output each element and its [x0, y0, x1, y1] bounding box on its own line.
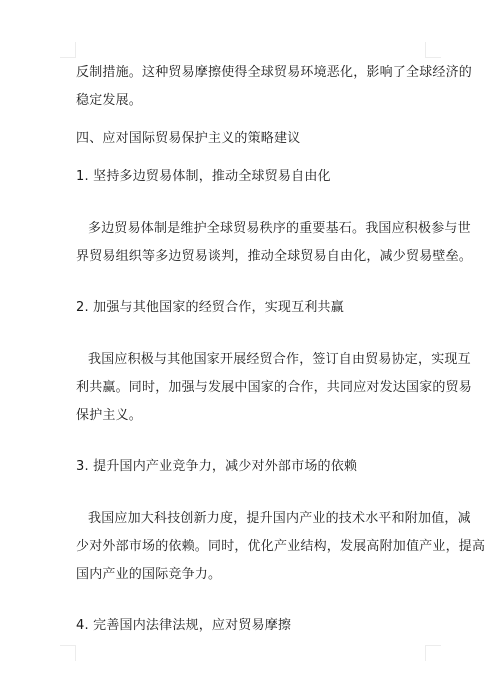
paragraph-line: 保护主义。 — [76, 408, 142, 424]
paragraph-line: 我国应加大科技创新力度，提升国内产业的技术水平和附加值，减 — [88, 511, 471, 527]
paragraph-line: 多边贸易体制是维护全球贸易秩序的重要基石。我国应积极参与世 — [88, 221, 471, 237]
subheading: 4. 完善国内法律法规，应对贸易摩擦 — [76, 618, 291, 634]
subheading: 3. 提升国内产业竞争力，减少对外部市场的依赖 — [76, 459, 357, 475]
paragraph-line: 少对外部市场的依赖。同时，优化产业结构，发展高附加值产业，提高 — [76, 539, 485, 555]
subheading: 1. 坚持多边贸易体制，推动全球贸易自由化 — [76, 169, 331, 185]
paragraph-line: 国内产业的国际竞争力。 — [76, 567, 221, 583]
paragraph-line: 反制措施。这种贸易摩擦使得全球贸易环境恶化，影响了全球经济的 — [76, 65, 472, 81]
paragraph-line: 稳定发展。 — [76, 93, 142, 109]
paragraph-line: 界贸易组织等多边贸易谈判，推动全球贸易自由化，减少贸易壁垒。 — [76, 249, 472, 265]
paragraph-line: 我国应积极与其他国家开展经贸合作，签订自由贸易协定，实现互 — [88, 352, 471, 368]
page-corner-mark-top-right — [425, 42, 441, 58]
paragraph-line: 利共赢。同时，加强与发展中国家的合作，共同应对发达国家的贸易 — [76, 380, 472, 396]
subheading: 2. 加强与其他国家的经贸合作，实现互利共赢 — [76, 300, 344, 316]
page-corner-mark-bottom-left — [60, 645, 76, 661]
page-corner-mark-bottom-right — [425, 645, 441, 661]
section-heading: 四、应对国际贸易保护主义的策略建议 — [76, 131, 300, 147]
page-corner-mark-top-left — [60, 42, 76, 58]
